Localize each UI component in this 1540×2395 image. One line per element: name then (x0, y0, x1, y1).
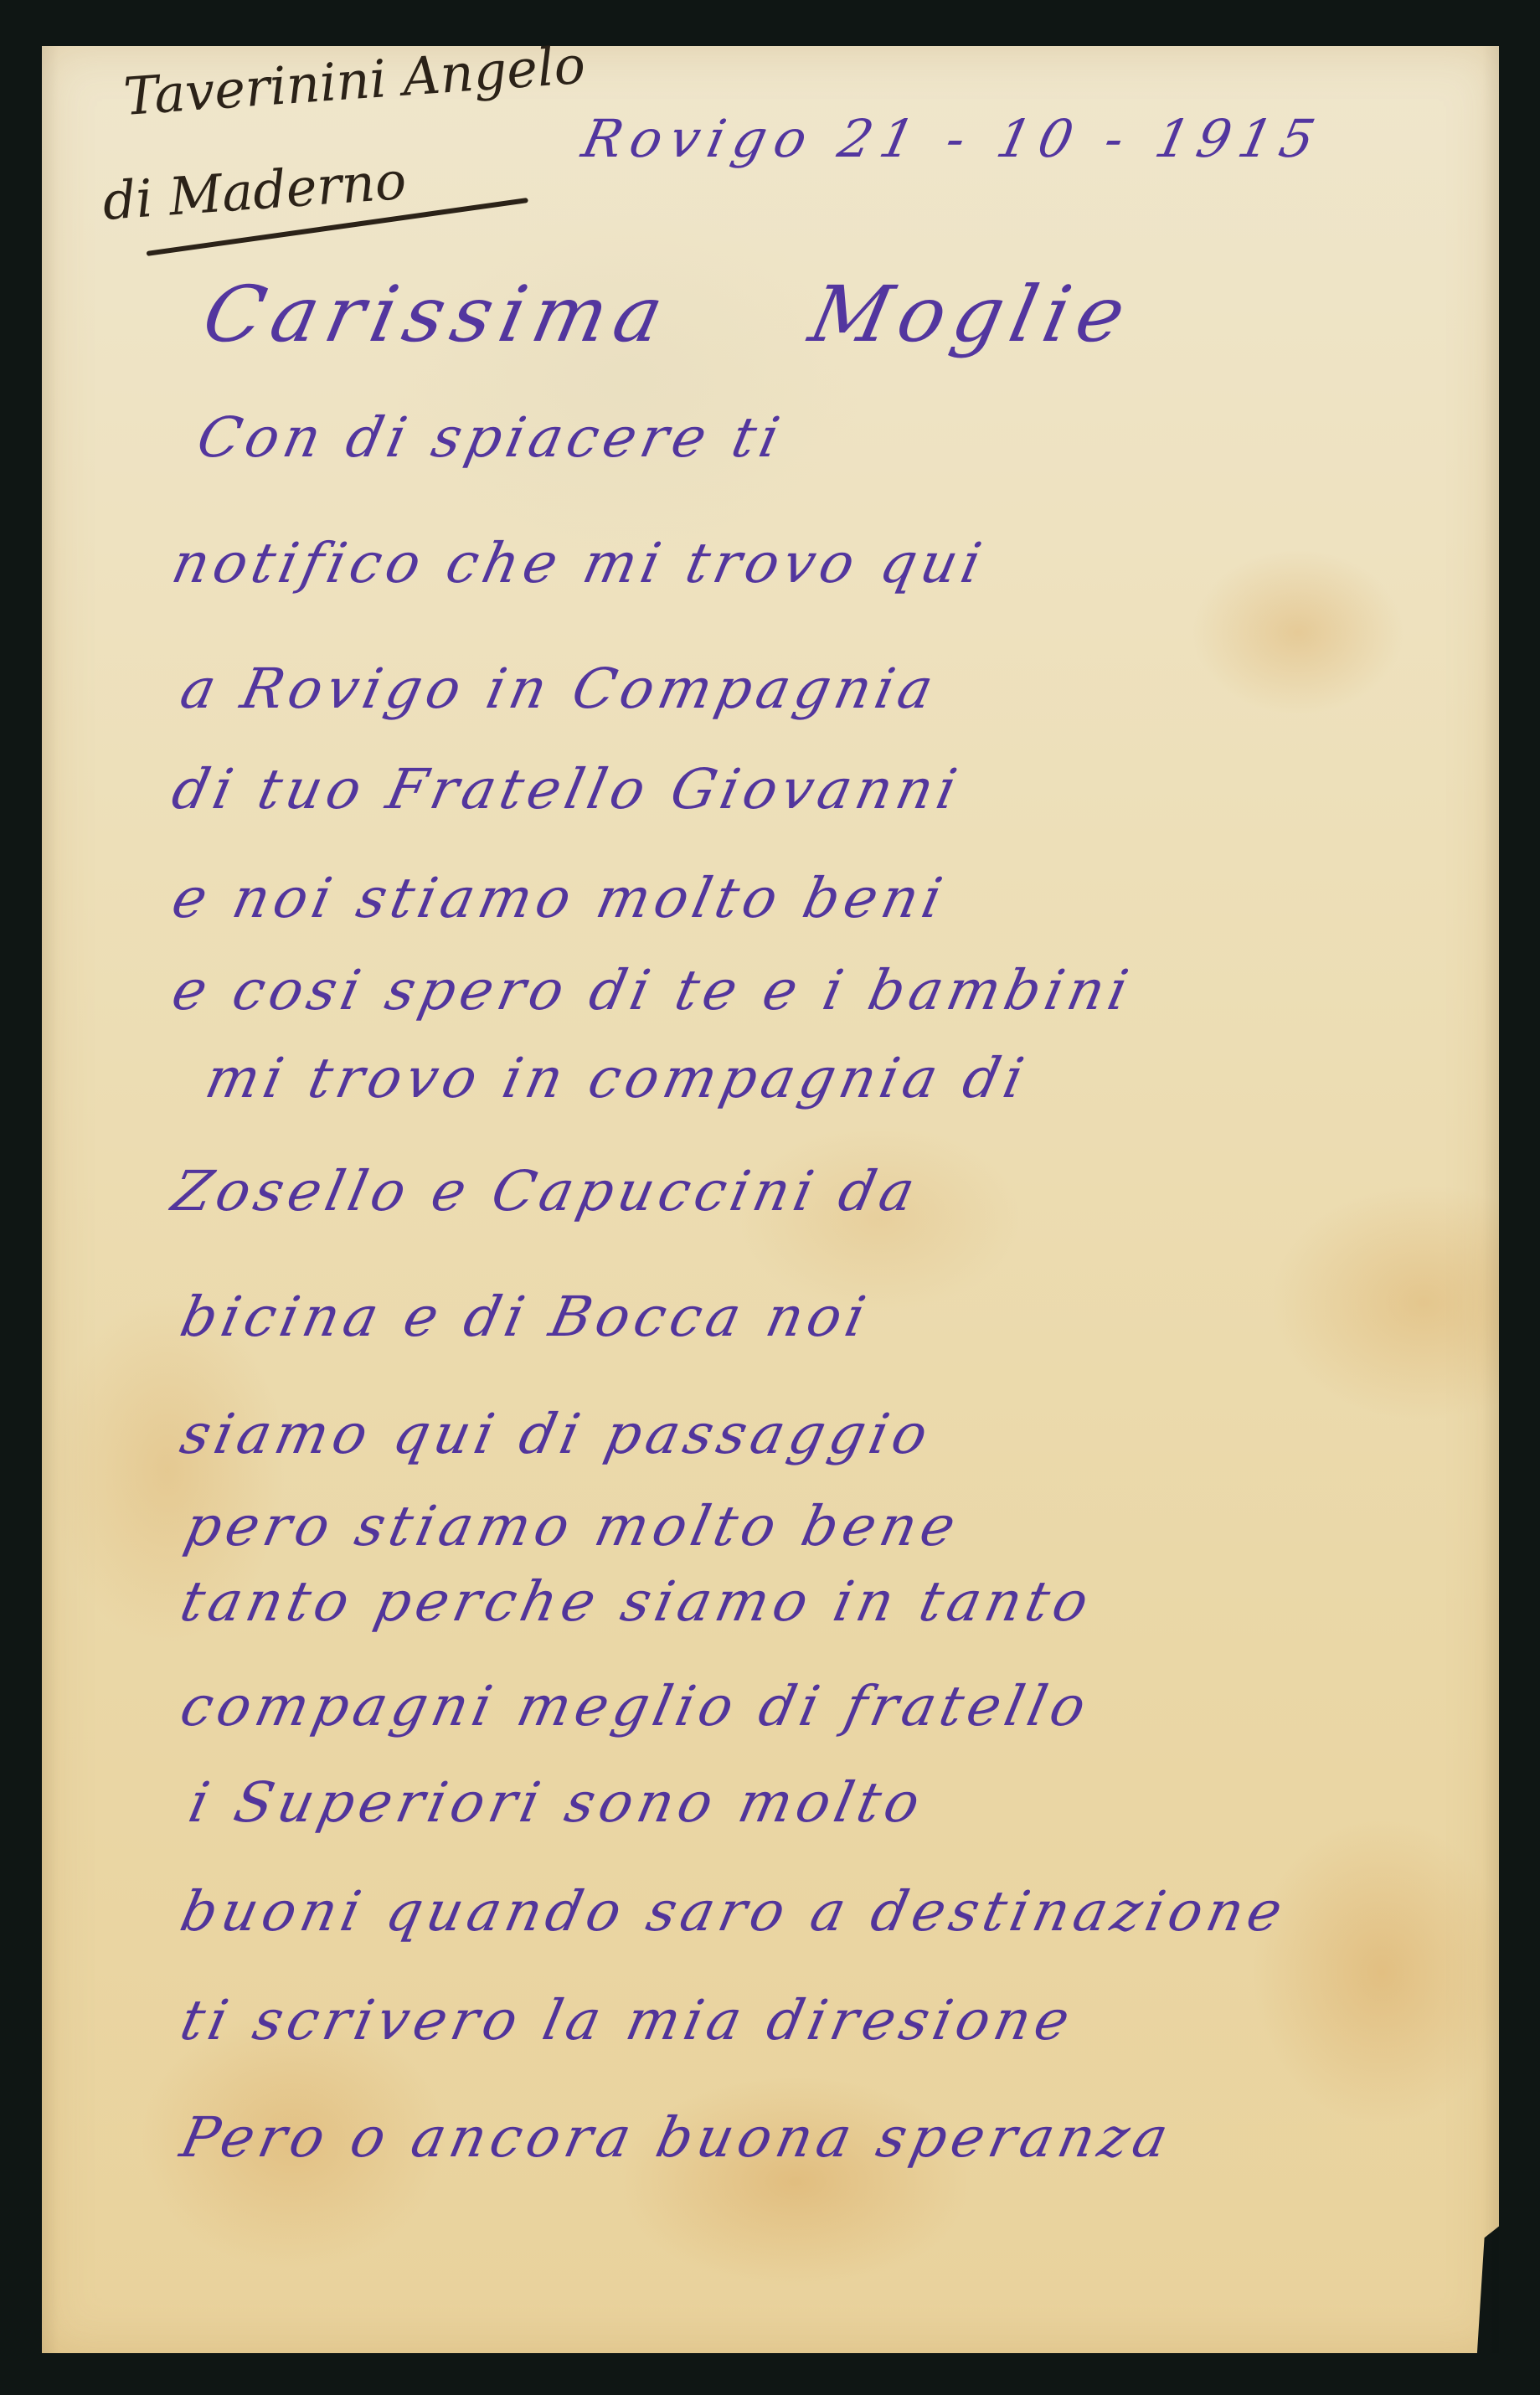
letter-body-line: ti scrivero la mia diresione (176, 1993, 1079, 2048)
letter-body-line: di tuo Fratello Giovanni (167, 762, 966, 817)
letter-body-line: Con di spiacere ti (193, 410, 789, 466)
letter-body-line: i Superiori sono molto (184, 1775, 930, 1831)
letter-body-line: Zosello e Capuccini da (167, 1164, 924, 1219)
letter-body-line: e noi stiamo molto beni (167, 871, 951, 926)
letter-body-line: tanto perche siamo in tanto (176, 1574, 1098, 1630)
letter-body-line: bicina e di Bocca noi (176, 1290, 875, 1345)
letter-body-line: siamo qui di passaggio (176, 1407, 937, 1462)
letter-body-line: compagni meglio di fratello (176, 1679, 1095, 1734)
salutation-word-1: Carissima (196, 270, 679, 359)
letter-salutation: CarissimaMoglie (197, 276, 1140, 353)
letter-body-line: Pero o ancora buona speranza (176, 2110, 1177, 2166)
letter-body-line: mi trovo in compagnia di (201, 1051, 1033, 1106)
letter-body-line: notifico che mi trovo qui (167, 536, 991, 591)
letter-body-line: buoni quando saro a destinazione (176, 1884, 1291, 1939)
letter-body-line: a Rovigo in Compagnia (176, 662, 942, 717)
letter-body-line: e cosi spero di te e i bambini (167, 963, 1137, 1018)
salutation-word-2: Moglie (802, 270, 1141, 359)
letter-place-date: Rovigo 21 - 10 - 1915 (578, 113, 1327, 165)
letter-body-line: pero stiamo molto bene (180, 1499, 965, 1554)
